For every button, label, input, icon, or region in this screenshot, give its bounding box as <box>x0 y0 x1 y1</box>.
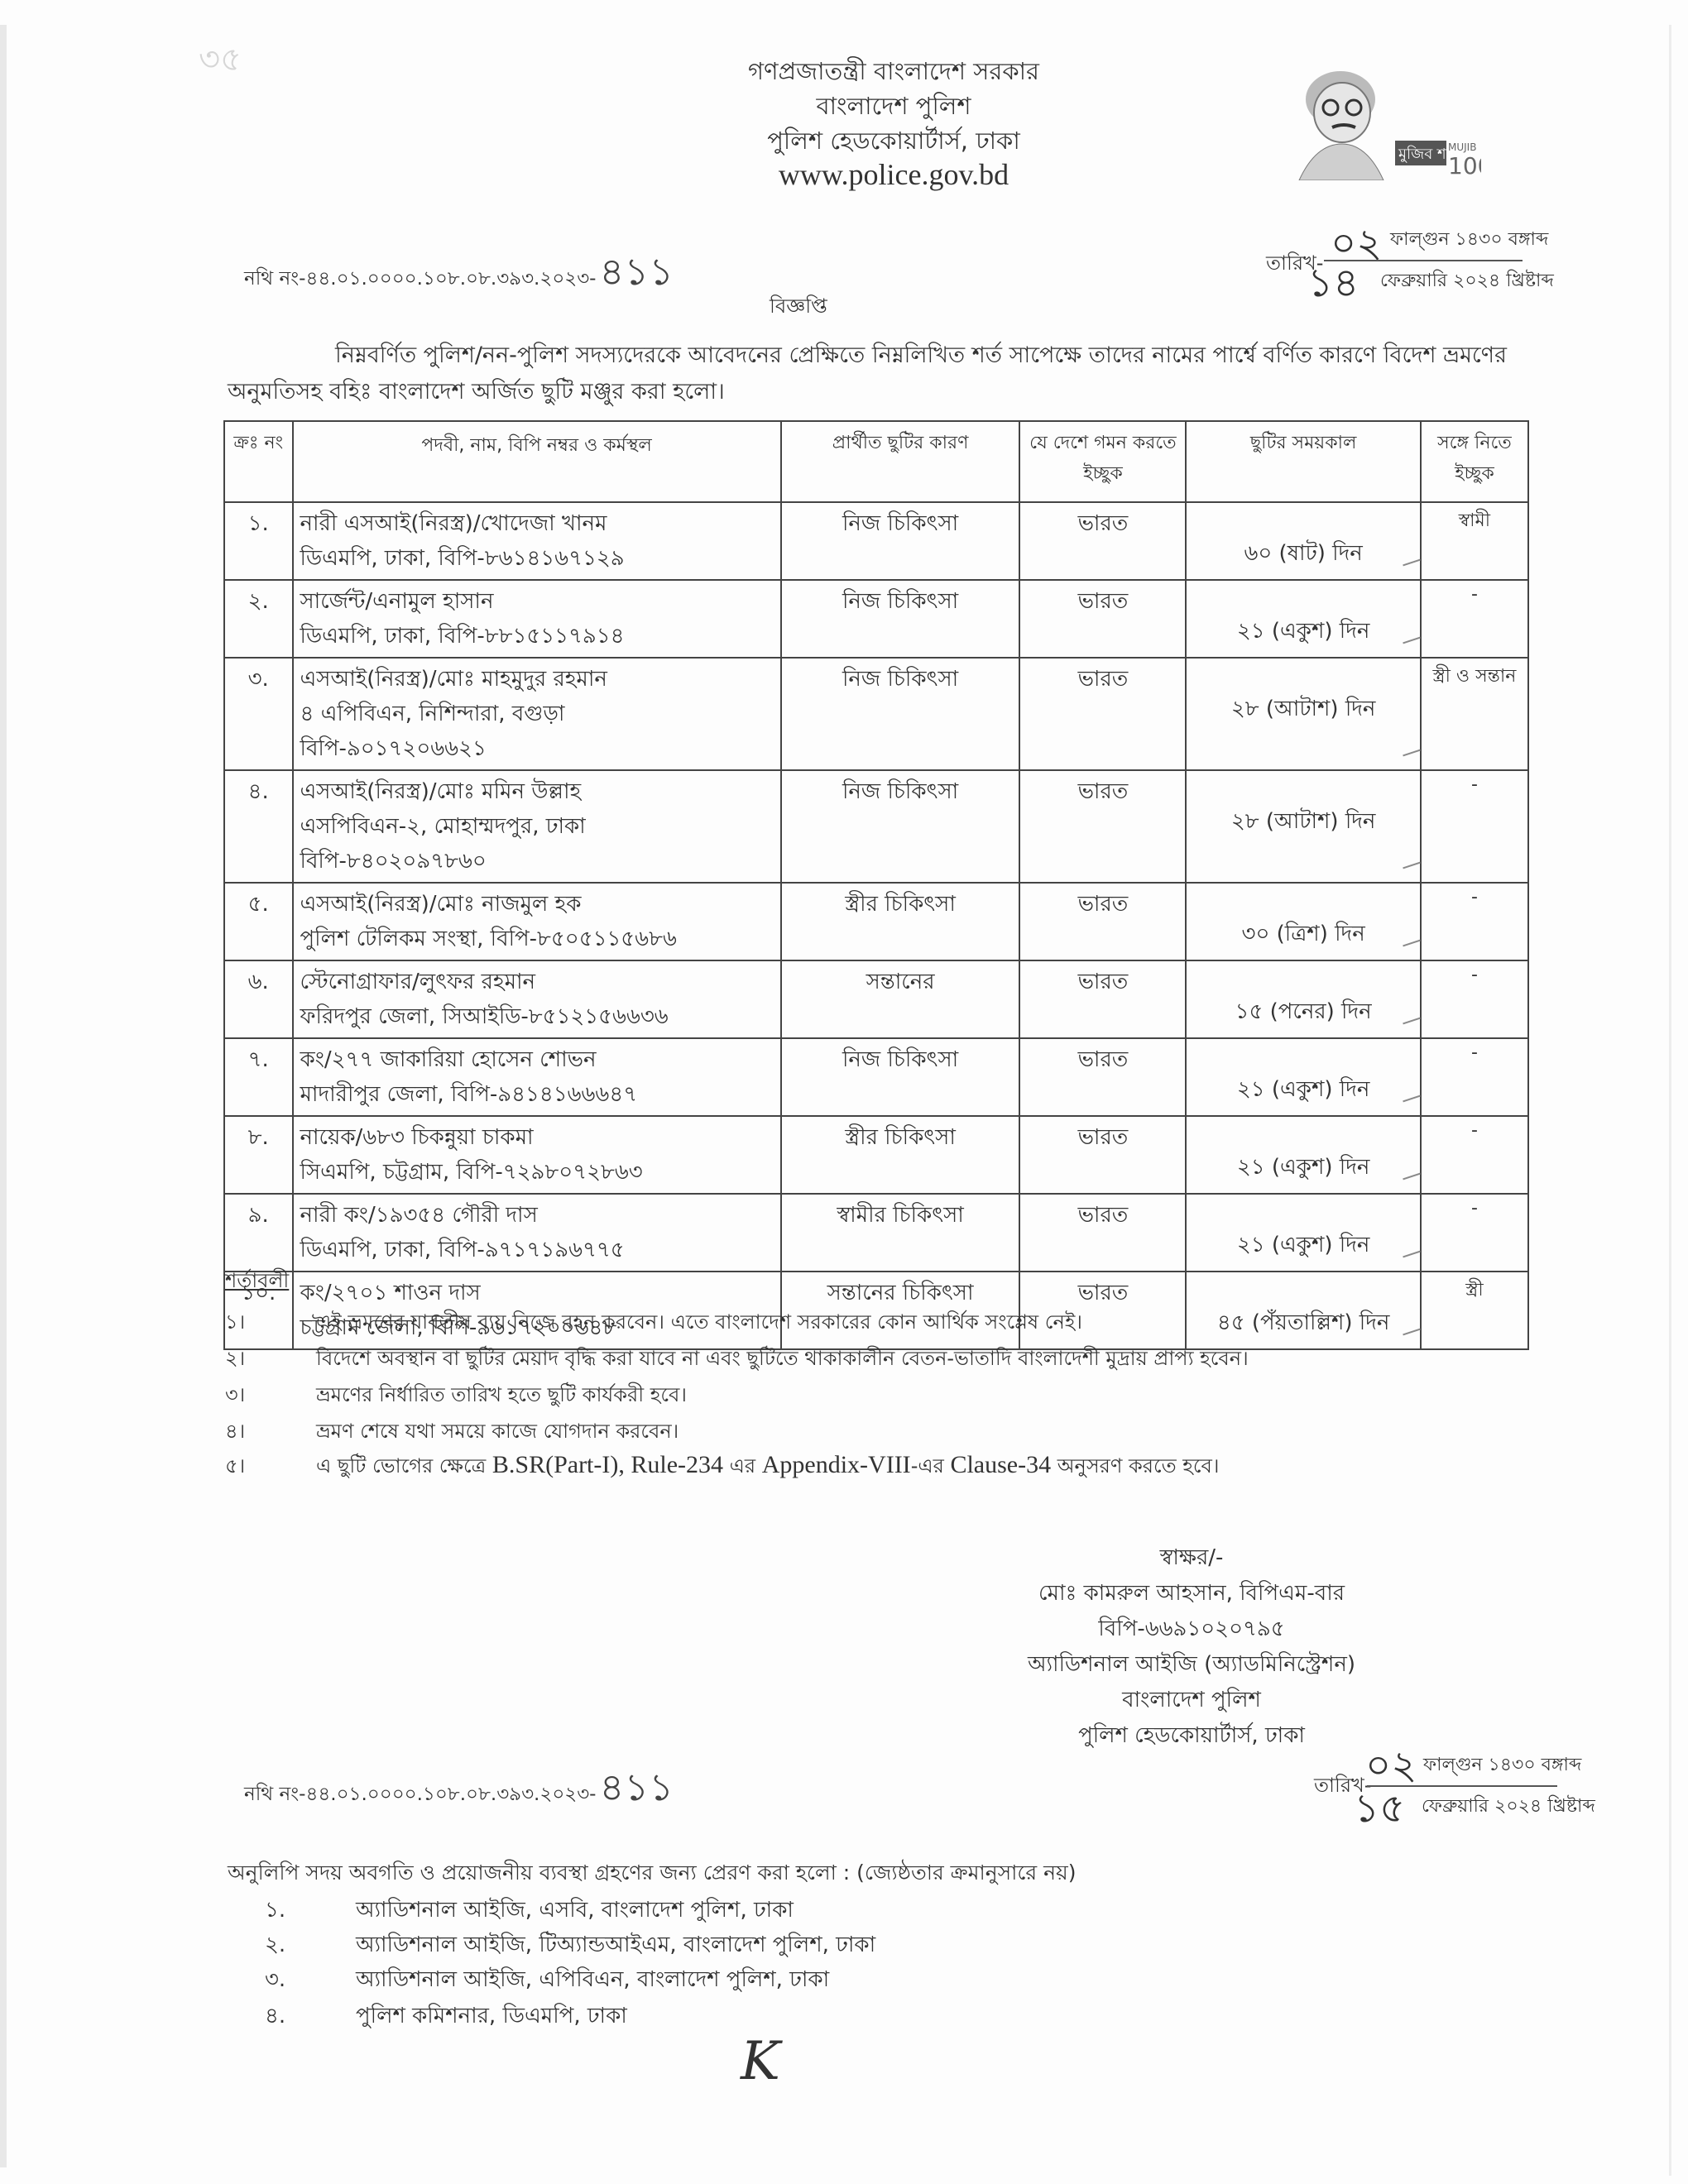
copy-to-item: ২.অ্যাডিশনাল আইজি, টিঅ্যান্ডআইএম, বাংলাদ… <box>265 1928 875 1964</box>
name-line: কং/২৭০১ শাওন দাস <box>300 1276 774 1310</box>
cell-duration: ৩০ (ত্রিশ) দিন <box>1186 883 1420 960</box>
cell-duration: ২৮ (আটাশ) দিন <box>1186 658 1420 770</box>
cell-companion: - <box>1421 580 1528 658</box>
name-line: ডিএমপি, ঢাকা, বিপি-৮৬১৪১৬৭১২৯ <box>300 541 774 576</box>
scan-edge-shadow <box>1669 25 1671 2176</box>
cell-serial: ৬. <box>224 960 293 1038</box>
copy-to-item: ৩.অ্যাডিশনাল আইজি, এপিবিএন, বাংলাদেশ পুল… <box>265 1962 829 1999</box>
memo2-date-english-day-handwritten: ১৫ <box>1354 1779 1405 1844</box>
table-row: ২.সার্জেন্ট/এনামুল হাসানডিএমপি, ঢাকা, বি… <box>224 580 1528 658</box>
cell-companion: - <box>1421 770 1528 883</box>
cell-companion: - <box>1421 883 1528 960</box>
condition-item: ৪।ভ্রমণ শেষে যথা সময়ে কাজে যোগদান করবেন… <box>225 1416 679 1449</box>
cell-country: ভারত <box>1019 658 1186 770</box>
date-english-day-handwritten: ১৪ <box>1307 253 1359 318</box>
signatory-org: বাংলাদেশ পুলিশ <box>877 1683 1506 1719</box>
cell-name-designation: সার্জেন্ট/এনামুল হাসানডিএমপি, ঢাকা, বিপি… <box>293 580 781 658</box>
memo-reference: নথি নং-৪৪.০১.০০০০.১০৮.০৮.৩৯৩.২০২৩-৪১১ <box>244 243 674 306</box>
scanned-document-page: ৩৫ গণপ্রজাতন্ত্রী বাংলাদেশ সরকার বাংলাদে… <box>0 0 1688 2184</box>
cell-serial: ৩. <box>224 658 293 770</box>
bleed-through-mark: ৩৫ <box>199 33 242 89</box>
cell-country: ভারত <box>1019 580 1186 658</box>
mujib-100-portrait-icon: মুজিব শতবর্ষ MUJIB 100 <box>1274 65 1481 180</box>
duration-text: ২১ (একুশ) দিন <box>1193 614 1412 650</box>
cell-reason: স্ত্রীর চিকিৎসা <box>781 1116 1020 1194</box>
name-line: এসআই(নিরস্ত্র)/মোঃ নাজমুল হক <box>300 887 774 922</box>
name-line: ৪ এপিবিএন, নিশিন্দারা, বগুড়া <box>300 697 774 731</box>
cell-companion: - <box>1421 1116 1528 1194</box>
memo2-date-bangla: ফাল্গুন ১৪৩০ বঙ্গাব্দ <box>1423 1751 1581 1781</box>
cell-name-designation: এসআই(নিরস্ত্র)/মোঃ নাজমুল হকপুলিশ টেলিকম… <box>293 883 781 960</box>
col-header-companion: সঙ্গে নিতে ইচ্ছুক <box>1421 421 1528 502</box>
duration-text: ৩০ (ত্রিশ) দিন <box>1193 917 1412 953</box>
cell-reason: নিজ চিকিৎসা <box>781 502 1020 580</box>
cell-companion: স্ত্রী ও সন্তান <box>1421 658 1528 770</box>
table-row: ৬.স্টেনোগ্রাফার/লুৎফর রহমানফরিদপুর জেলা,… <box>224 960 1528 1038</box>
cell-serial: ৭. <box>224 1038 293 1116</box>
col-header-country: যে দেশে গমন করতে ইচ্ছুক <box>1019 421 1186 502</box>
table-row: ৯.নারী কং/১৯৩৫৪ গৌরী দাসডিএমপি, ঢাকা, বি… <box>224 1194 1528 1272</box>
condition-item: ২।বিদেশে অবস্থান বা ছুটির মেয়াদ বৃদ্ধি … <box>225 1343 1249 1377</box>
name-line: এসপিবিএন-২, মোহাম্মদপুর, ঢাকা <box>300 809 774 844</box>
intro-paragraph: নিম্নবর্ণিত পুলিশ/নন-পুলিশ সদস্যদেরকে আব… <box>228 338 1551 410</box>
signature-signed: স্বাক্ষর/- <box>877 1540 1506 1577</box>
name-line: নায়েক/৬৮৩ চিকন্নুয়া চাকমা <box>300 1120 774 1155</box>
cell-companion: স্বামী <box>1421 502 1528 580</box>
cell-duration: ২১ (একুশ) দিন <box>1186 1194 1420 1272</box>
name-line: কং/২৭৭ জাকারিয়া হোসেন শোভন <box>300 1042 774 1077</box>
memo2-reference-handwritten: ৪১১ <box>600 1765 674 1809</box>
copy-to-item: ১.অ্যাডিশনাল আইজি, এসবি, বাংলাদেশ পুলিশ,… <box>265 1893 794 1929</box>
memo-reference-number: নথি নং-৪৪.০১.০০০০.১০৮.০৮.৩৯৩.২০২৩- <box>244 268 597 290</box>
name-line: বিপি-৮৪০২০৯৭৮৬০ <box>300 844 774 879</box>
handwritten-initial-mark: K <box>741 2031 780 2092</box>
cell-name-designation: নারী এসআই(নিরস্ত্র)/খোদেজা খানমডিএমপি, ঢ… <box>293 502 781 580</box>
table-header-row: ক্রঃ নং পদবী, নাম, বিপি নম্বর ও কর্মস্থল… <box>224 421 1528 502</box>
cell-country: ভারত <box>1019 883 1186 960</box>
cell-companion: - <box>1421 1038 1528 1116</box>
cell-country: ভারত <box>1019 1038 1186 1116</box>
table-row: ৪.এসআই(নিরস্ত্র)/মোঃ মমিন উল্লাহএসপিবিএন… <box>224 770 1528 883</box>
col-header-name: পদবী, নাম, বিপি নম্বর ও কর্মস্থল <box>293 421 781 502</box>
duration-text: ২১ (একুশ) দিন <box>1193 1228 1412 1264</box>
svg-text:MUJIB: MUJIB <box>1448 141 1476 153</box>
memo2-reference-number: নথি নং-৪৪.০১.০০০০.১০৮.০৮.৩৯৩.২০২৩- <box>244 1784 597 1805</box>
cell-serial: ৯. <box>224 1194 293 1272</box>
date-english: ফেব্রুয়ারি ২০২৪ খ্রিষ্টাব্দ <box>1380 266 1554 297</box>
leave-approval-table: ক্রঃ নং পদবী, নাম, বিপি নম্বর ও কর্মস্থল… <box>223 420 1529 1350</box>
cell-companion: - <box>1421 1194 1528 1272</box>
name-line: সিএমপি, চট্টগ্রাম, বিপি-৭২৯৮০৭২৮৬৩ <box>300 1155 774 1190</box>
cell-serial: ৪. <box>224 770 293 883</box>
cell-duration: ২১ (একুশ) দিন <box>1186 580 1420 658</box>
signatory-name: মোঃ কামরুল আহসান, বিপিএম-বার <box>877 1576 1506 1612</box>
cell-name-designation: কং/২৭৭ জাকারিয়া হোসেন শোভনমাদারীপুর জেল… <box>293 1038 781 1116</box>
cell-reason: স্ত্রীর চিকিৎসা <box>781 883 1020 960</box>
scan-edge-shadow <box>0 25 7 2167</box>
name-line: বিপি-৯০১৭২০৬৬২১ <box>300 731 774 766</box>
duration-text: ৬০ (ষাট) দিন <box>1193 536 1412 572</box>
duration-text: ৪৫ (পঁয়তাল্লিশ) দিন <box>1193 1305 1412 1342</box>
cell-country: ভারত <box>1019 960 1186 1038</box>
name-line: সার্জেন্ট/এনামুল হাসান <box>300 584 774 619</box>
name-line: ফরিদপুর জেলা, সিআইডি-৮৫১২১৫৬৬৩৬ <box>300 999 774 1034</box>
name-line: পুলিশ টেলিকম সংস্থা, বিপি-৮৫০৫১১৫৬৮৬ <box>300 922 774 956</box>
memo-reference-handwritten: ৪১১ <box>600 249 674 294</box>
svg-text:100: 100 <box>1448 152 1481 180</box>
name-line: মাদারীপুর জেলা, বিপি-৯৪১৪১৬৬৬৪৭ <box>300 1077 774 1112</box>
col-header-duration: ছুটির সময়কাল <box>1186 421 1420 502</box>
table-row: ১.নারী এসআই(নিরস্ত্র)/খোদেজা খানমডিএমপি,… <box>224 502 1528 580</box>
duration-text: ২১ (একুশ) দিন <box>1193 1150 1412 1186</box>
cell-duration: ১৫ (পনের) দিন <box>1186 960 1420 1038</box>
condition-item: ১।এই ভ্রমণের যাবতীয় ব্যয় নিজে বহন করবে… <box>225 1307 1082 1340</box>
cell-companion: স্ত্রী <box>1421 1272 1528 1349</box>
memo2-reference: নথি নং-৪৪.০১.০০০০.১০৮.০৮.৩৯৩.২০২৩-৪১১ <box>244 1759 674 1822</box>
cell-country: ভারত <box>1019 502 1186 580</box>
cell-reason: সন্তানের <box>781 960 1020 1038</box>
cell-reason: নিজ চিকিৎসা <box>781 1038 1020 1116</box>
table-row: ৫.এসআই(নিরস্ত্র)/মোঃ নাজমুল হকপুলিশ টেলি… <box>224 883 1528 960</box>
cell-name-designation: এসআই(নিরস্ত্র)/মোঃ মমিন উল্লাহএসপিবিএন-২… <box>293 770 781 883</box>
cell-duration: ২১ (একুশ) দিন <box>1186 1116 1420 1194</box>
cell-reason: নিজ চিকিৎসা <box>781 580 1020 658</box>
copy-to-item: ৪.পুলিশ কমিশনার, ডিএমপি, ঢাকা <box>265 1999 627 2035</box>
copy-to-intro: অনুলিপি সদয় অবগতি ও প্রয়োজনীয় ব্যবস্থ… <box>228 1856 1077 1892</box>
cell-duration: ৪৫ (পঁয়তাল্লিশ) দিন <box>1186 1272 1420 1349</box>
cell-duration: ৬০ (ষাট) দিন <box>1186 502 1420 580</box>
duration-text: ২৮ (আটাশ) দিন <box>1193 804 1412 841</box>
cell-reason: নিজ চিকিৎসা <box>781 658 1020 770</box>
condition-item: ৩।ভ্রমণের নির্ধারিত তারিখ হতে ছুটি কার্য… <box>225 1380 687 1413</box>
col-header-serial: ক্রঃ নং <box>224 421 293 502</box>
cell-duration: ২৮ (আটাশ) দিন <box>1186 770 1420 883</box>
name-line: ডিএমপি, ঢাকা, বিপি-৯৭১৭১৯৬৭৭৫ <box>300 1233 774 1267</box>
name-line: এসআই(নিরস্ত্র)/মোঃ মমিন উল্লাহ <box>300 774 774 809</box>
duration-text: ২১ (একুশ) দিন <box>1193 1072 1412 1109</box>
cell-duration: ২১ (একুশ) দিন <box>1186 1038 1420 1116</box>
cell-name-designation: এসআই(নিরস্ত্র)/মোঃ মাহমুদুর রহমান৪ এপিবি… <box>293 658 781 770</box>
cell-name-designation: স্টেনোগ্রাফার/লুৎফর রহমানফরিদপুর জেলা, স… <box>293 960 781 1038</box>
table-row: ৮.নায়েক/৬৮৩ চিকন্নুয়া চাকমাসিএমপি, চট্… <box>224 1116 1528 1194</box>
name-line: এসআই(নিরস্ত্র)/মোঃ মাহমুদুর রহমান <box>300 662 774 697</box>
signatory-designation: অ্যাডিশনাল আইজি (অ্যাডমিনিস্ট্রেশন) <box>877 1647 1506 1683</box>
name-line: ডিএমপি, ঢাকা, বিপি-৮৮১৫১১৭৯১৪ <box>300 619 774 654</box>
cell-serial: ৫. <box>224 883 293 960</box>
cell-country: ভারত <box>1019 1194 1186 1272</box>
cell-serial: ১. <box>224 502 293 580</box>
name-line: নারী কং/১৯৩৫৪ গৌরী দাস <box>300 1198 774 1233</box>
col-header-reason: প্রার্থীত ছুটির কারণ <box>781 421 1020 502</box>
conditions-title: শর্তাবলী <box>225 1266 289 1299</box>
cell-reason: স্বামীর চিকিৎসা <box>781 1194 1020 1272</box>
cell-name-designation: নায়েক/৬৮৩ চিকন্নুয়া চাকমাসিএমপি, চট্টগ… <box>293 1116 781 1194</box>
memo2-date-english: ফেব্রুয়ারি ২০২৪ খ্রিষ্টাব্দ <box>1422 1792 1595 1822</box>
cell-serial: ২. <box>224 580 293 658</box>
duration-text: ২৮ (আটাশ) দিন <box>1193 692 1412 728</box>
table-row: ৭.কং/২৭৭ জাকারিয়া হোসেন শোভনমাদারীপুর জ… <box>224 1038 1528 1116</box>
notice-title: বিজ্ঞপ্তি <box>770 291 827 324</box>
cell-country: ভারত <box>1019 1116 1186 1194</box>
duration-text: ১৫ (পনের) দিন <box>1193 994 1412 1031</box>
cell-country: ভারত <box>1019 770 1186 883</box>
signatory-bp: বিপি-৬৬৯১০২০৭৯৫ <box>877 1612 1506 1648</box>
name-line: নারী এসআই(নিরস্ত্র)/খোদেজা খানম <box>300 506 774 541</box>
condition-item: ৫।এ ছুটি ভোগের ক্ষেত্রে B.SR(Part-I), Ru… <box>225 1451 1219 1484</box>
name-line: স্টেনোগ্রাফার/লুৎফর রহমান <box>300 965 774 999</box>
table-row: ৩.এসআই(নিরস্ত্র)/মোঃ মাহমুদুর রহমান৪ এপি… <box>224 658 1528 770</box>
cell-name-designation: নারী কং/১৯৩৫৪ গৌরী দাসডিএমপি, ঢাকা, বিপি… <box>293 1194 781 1272</box>
header-website: www.police.gov.bd <box>579 157 1208 192</box>
cell-reason: নিজ চিকিৎসা <box>781 770 1020 883</box>
date-bangla: ফাল্গুন ১৪৩০ বঙ্গাব্দ <box>1390 225 1548 256</box>
cell-serial: ৮. <box>224 1116 293 1194</box>
cell-companion: - <box>1421 960 1528 1038</box>
